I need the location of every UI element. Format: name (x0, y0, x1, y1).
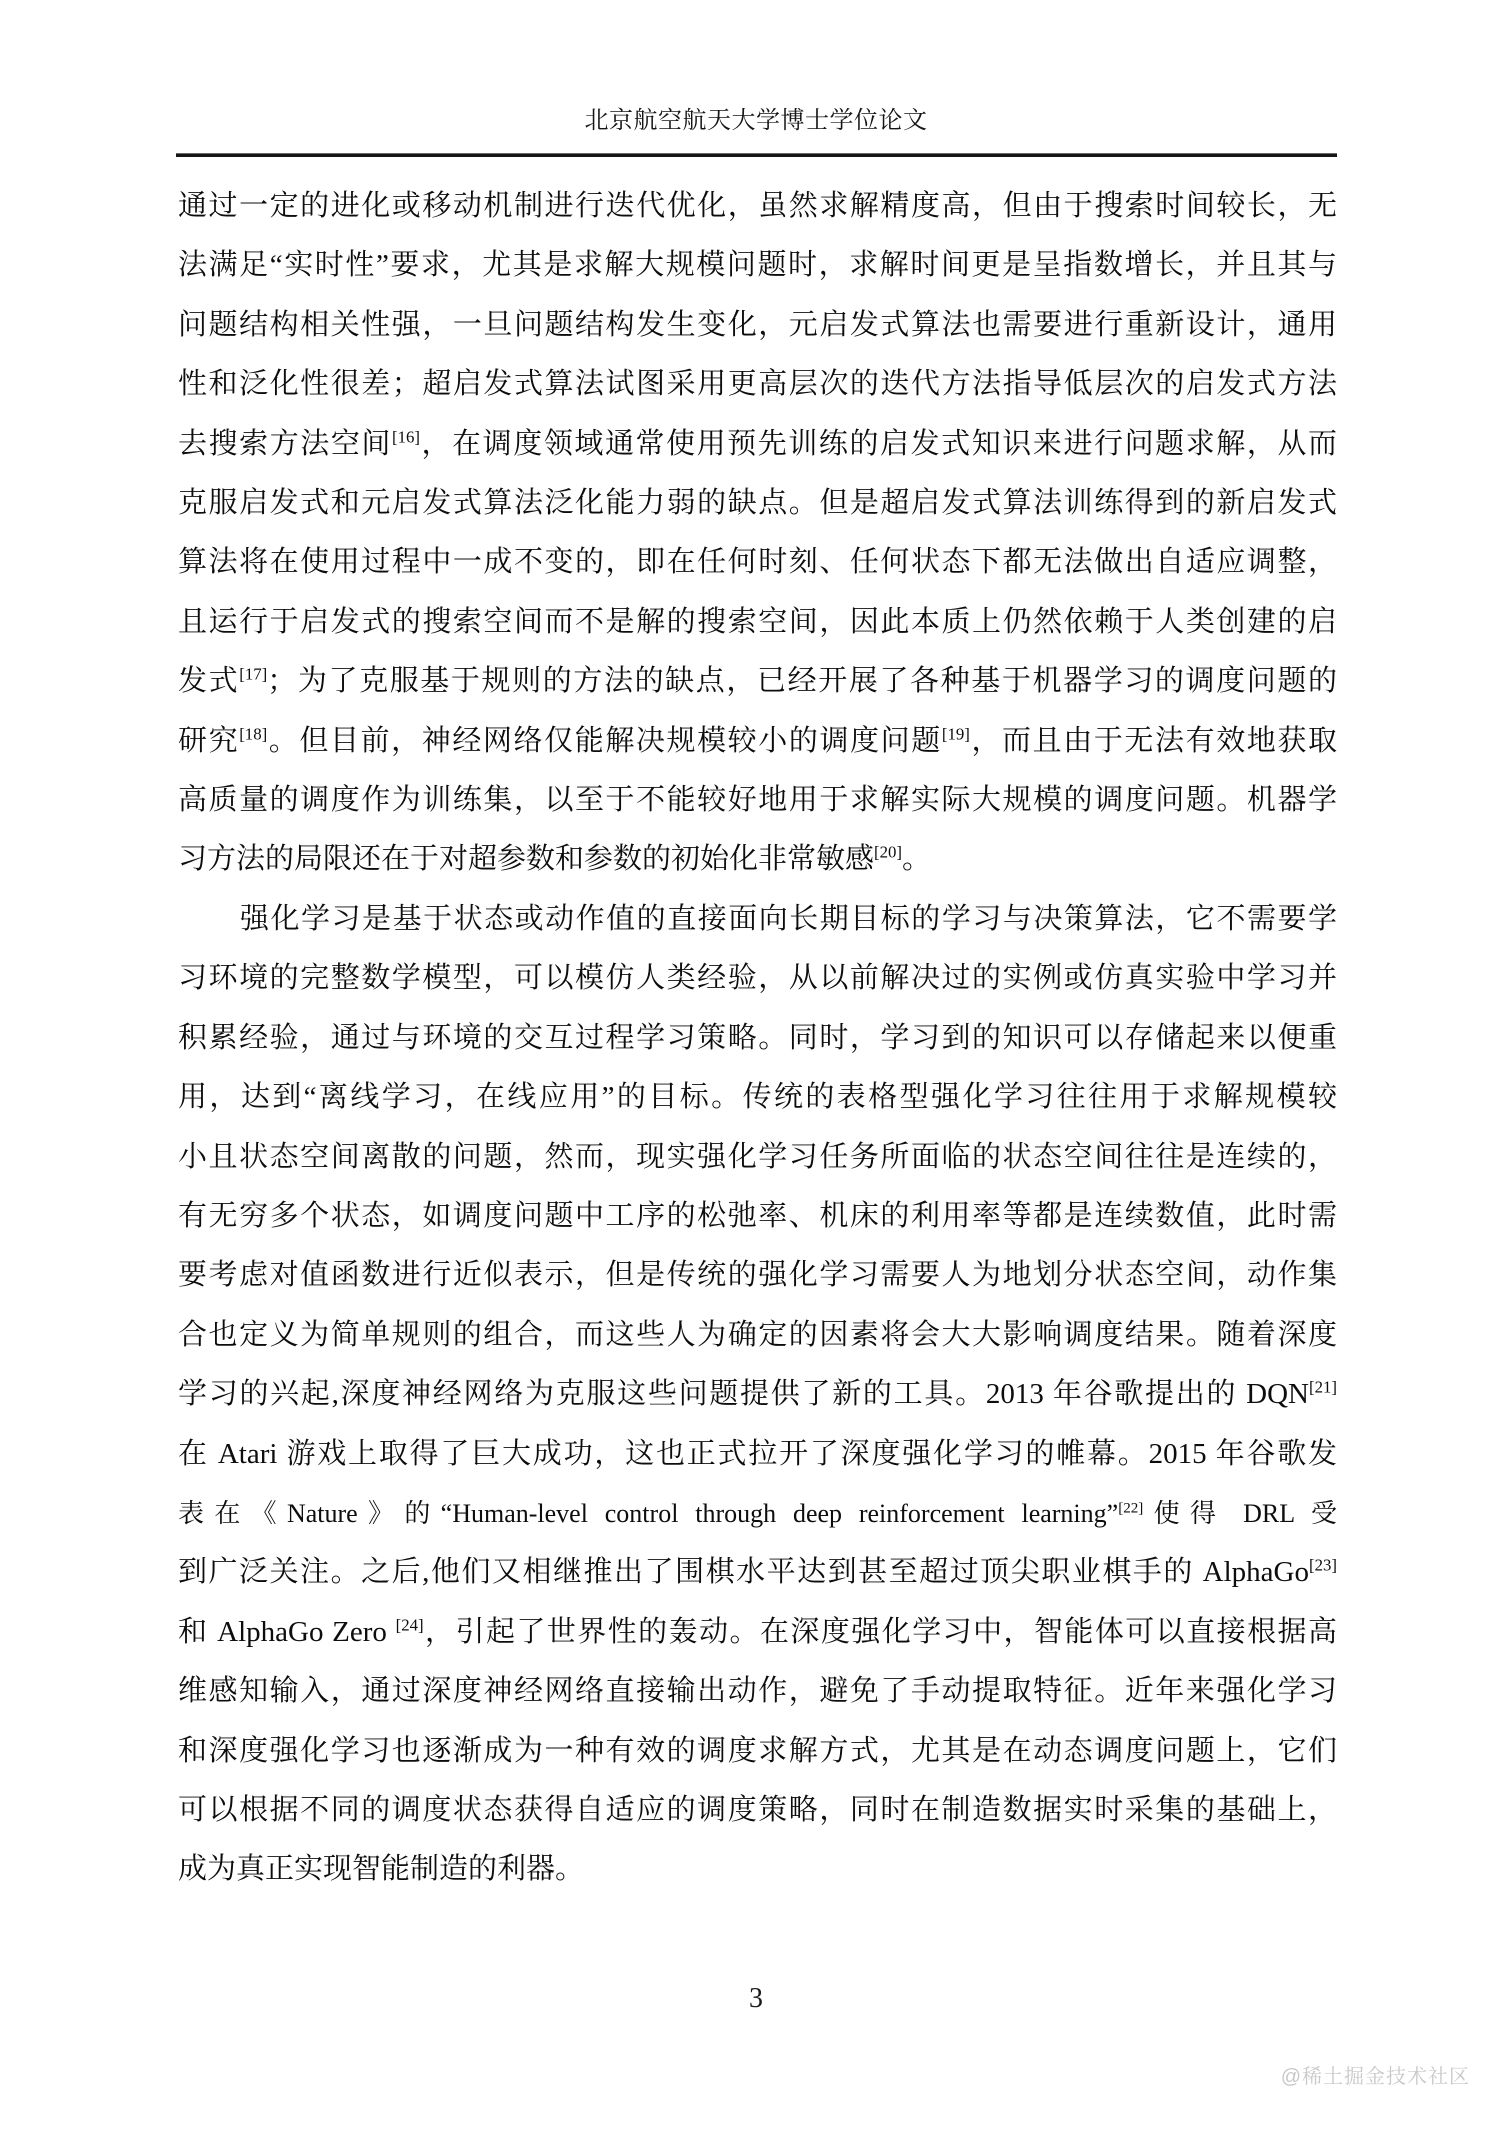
body-text: 通过一定的进化或移动机制进行迭代优化，虽然求解精度高，但由于搜索时间较长，无法满… (178, 177, 1337, 1900)
text-line: 且运行于启发式的搜索空间而不是解的搜索空间，因此本质上仍然依赖于人类创建的启 (178, 593, 1337, 652)
citation-ref: [21] (1309, 1377, 1337, 1396)
text-line: 维感知输入，通过深度神经网络直接输出动作，避免了手动提取特征。近年来强化学习 (178, 1662, 1337, 1721)
text-line: 发式[17]；为了克服基于规则的方法的缺点，已经开展了各种基于机器学习的调度问题… (178, 652, 1337, 711)
text-line: 小且状态空间离散的问题，然而，现实强化学习任务所面临的状态空间往往是连续的， (178, 1128, 1337, 1187)
text-line: 积累经验，通过与环境的交互过程学习策略。同时，学习到的知识可以存储起来以便重 (178, 1009, 1337, 1068)
text-line: 成为真正实现智能制造的利器。 (178, 1840, 1337, 1899)
citation-ref: [18] (239, 724, 267, 743)
text-line: 表在《Nature》的“Human-level control through … (178, 1484, 1337, 1543)
text-line: 研究[18]。但目前，神经网络仅能解决规模较小的调度问题[19]，而且由于无法有… (178, 712, 1337, 771)
text-line: 问题结构相关性强，一旦问题结构发生变化，元启发式算法也需要进行重新设计，通用 (178, 296, 1337, 355)
text-line: 算法将在使用过程中一成不变的，即在任何时刻、任何状态下都无法做出自适应调整， (178, 533, 1337, 592)
text-line: 要考虑对值函数进行近似表示，但是传统的强化学习需要人为地划分状态空间，动作集 (178, 1246, 1337, 1305)
page-header: 北京航空航天大学博士学位论文 (0, 103, 1512, 139)
text-line: 性和泛化性很差；超启发式算法试图采用更高层次的迭代方法指导低层次的启发式方法 (178, 355, 1337, 414)
header-rule (176, 153, 1337, 157)
text-line: 到广泛关注。之后,他们又相继推出了围棋水平达到甚至超过顶尖职业棋手的 Alpha… (178, 1543, 1337, 1602)
page-number: 3 (0, 1983, 1512, 2015)
text-line: 高质量的调度作为训练集，以至于不能较好地用于求解实际大规模的调度问题。机器学 (178, 771, 1337, 830)
citation-ref: [24] (396, 1615, 424, 1634)
text-line: 强化学习是基于状态或动作值的直接面向长期目标的学习与决策算法，它不需要学 (178, 890, 1337, 949)
text-line: 通过一定的进化或移动机制进行迭代优化，虽然求解精度高，但由于搜索时间较长，无 (178, 177, 1337, 236)
text-line: 在 Atari 游戏上取得了巨大成功，这也正式拉开了深度强化学习的帷幕。2015… (178, 1425, 1337, 1484)
citation-ref: [23] (1309, 1556, 1337, 1575)
text-line: 去搜索方法空间[16]，在调度领域通常使用预先训练的启发式知识来进行问题求解，从… (178, 415, 1337, 474)
text-line: 法满足“实时性”要求，尤其是求解大规模问题时，求解时间更是呈指数增长，并且其与 (178, 236, 1337, 295)
document-page: 北京航空航天大学博士学位论文 通过一定的进化或移动机制进行迭代优化，虽然求解精度… (0, 0, 1512, 2138)
citation-ref: [17] (239, 665, 267, 684)
text-line: 学习的兴起,深度神经网络为克服这些问题提供了新的工具。2013 年谷歌提出的 D… (178, 1365, 1337, 1424)
text-line: 用，达到“离线学习，在线应用”的目标。传统的表格型强化学习往往用于求解规模较 (178, 1068, 1337, 1127)
text-line: 和 AlphaGo Zero [24]，引起了世界性的轰动。在深度强化学习中，智… (178, 1603, 1337, 1662)
citation-ref: [19] (942, 724, 970, 743)
text-line: 可以根据不同的调度状态获得自适应的调度策略，同时在制造数据实时采集的基础上， (178, 1781, 1337, 1840)
text-line: 有无穷多个状态，如调度问题中工序的松弛率、机床的利用率等都是连续数值，此时需 (178, 1187, 1337, 1246)
watermark: @稀土掘金技术社区 (1281, 2060, 1470, 2089)
citation-ref: [20] (874, 843, 902, 862)
text-line: 习方法的局限还在于对超参数和参数的初始化非常敏感[20]。 (178, 830, 1337, 889)
text-line: 合也定义为简单规则的组合，而这些人为确定的因素将会大大影响调度结果。随着深度 (178, 1306, 1337, 1365)
citation-ref: [22] (1118, 1500, 1143, 1516)
text-line: 习环境的完整数学模型，可以模仿人类经验，从以前解决过的实例或仿真实验中学习并 (178, 949, 1337, 1008)
text-line: 克服启发式和元启发式算法泛化能力弱的缺点。但是超启发式算法训练得到的新启发式 (178, 474, 1337, 533)
citation-ref: [16] (392, 427, 420, 446)
text-line: 和深度强化学习也逐渐成为一种有效的调度求解方式，尤其是在动态调度问题上，它们 (178, 1722, 1337, 1781)
